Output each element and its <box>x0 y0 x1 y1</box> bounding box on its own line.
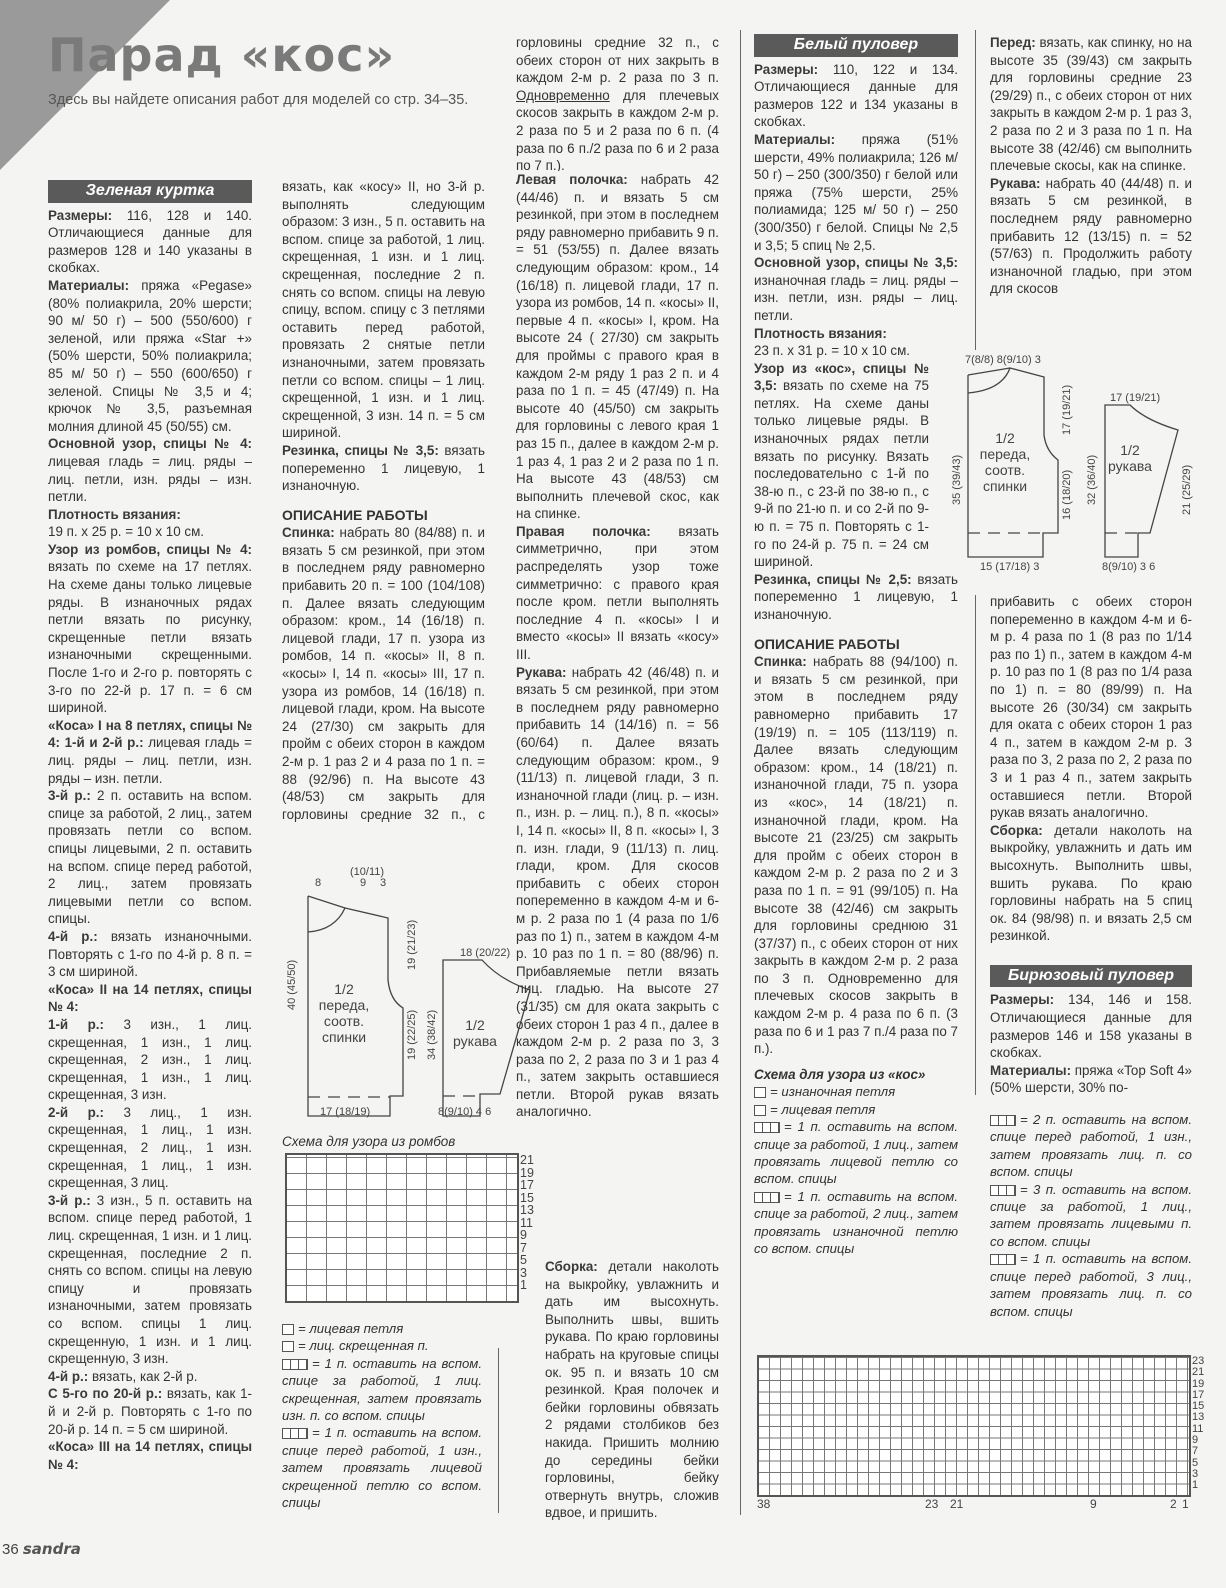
svg-text:17 (18/19): 17 (18/19) <box>320 1106 370 1118</box>
svg-text:рукава: рукава <box>453 1033 497 1049</box>
legend-text: = 1 п. оставить на вспом. спице перед ра… <box>282 1425 482 1510</box>
cable-3-left-icon <box>990 1115 1016 1126</box>
cable-4-left-icon <box>990 1254 1016 1265</box>
section-banner-white-pullover: Белый пуловер <box>754 34 958 57</box>
cable-2-right-icon <box>754 1122 780 1133</box>
svg-text:19 (21/23): 19 (21/23) <box>406 920 418 970</box>
label: Размеры: <box>990 992 1054 1007</box>
cable-chart-title: Схема для узора из «кос» <box>754 1066 958 1084</box>
svg-text:(10/11): (10/11) <box>350 866 384 878</box>
row-number: 21 <box>1192 1367 1204 1378</box>
svg-text:40 (45/50): 40 (45/50) <box>286 960 298 1010</box>
column-4: Белый пуловер Размеры: 110, 122 и 134. О… <box>754 34 958 1258</box>
label: Перед: <box>990 35 1036 50</box>
column-divider <box>740 30 741 1515</box>
label: Резинка, спицы № 2,5: <box>754 572 912 587</box>
label: Размеры: <box>754 62 818 77</box>
col-number: 23 <box>925 1497 938 1511</box>
legend-text: = изнаночная петля <box>770 1084 895 1099</box>
svg-text:16 (18/20): 16 (18/20) <box>1061 470 1073 520</box>
col-number: 38 <box>757 1497 770 1511</box>
label: Плотность вязания: <box>754 326 887 341</box>
green-jacket-schematic: (10/11) 893 1/2 переда, соотв. спинки 1/… <box>280 860 530 1120</box>
page-subtitle: Здесь вы найдете описания работ для моде… <box>48 92 468 108</box>
svg-text:8(9/10) 4 6: 8(9/10) 4 6 <box>438 1106 491 1118</box>
text: набрать 40 (44/48) п. и вязать 5 см рези… <box>990 176 1192 297</box>
label: 3-й р.: <box>48 1193 91 1208</box>
cable-chart-grid <box>757 1355 1191 1497</box>
cable-right-icon <box>282 1359 308 1370</box>
rhombus-legend: = лицевая петля = лиц. скрещенная п. = 1… <box>282 1320 482 1511</box>
text: вязать, как «косу» II, но 3-й р. выполня… <box>282 178 485 442</box>
legend-text: = 3 п. оставить на вспом. спице за работ… <box>990 1182 1192 1249</box>
label: Сборка: <box>545 1259 598 1274</box>
rhombus-chart-title: Схема для узора из ромбов <box>282 1134 455 1149</box>
row-number: 17 <box>520 1179 534 1192</box>
label: «Коса» III на 14 петлях, спицы № 4: <box>48 1439 252 1472</box>
label: Размеры: <box>48 208 112 223</box>
column-2: вязать, как «косу» II, но 3-й р. выполня… <box>282 178 485 824</box>
text: 23 п. х 31 р. = 10 х 10 см. <box>754 342 958 360</box>
row-number: 21 <box>520 1154 534 1167</box>
svg-text:15 (17/18) 3: 15 (17/18) 3 <box>980 561 1039 573</box>
text: детали наколоть на выкройку, увлажнить и… <box>545 1259 719 1520</box>
label: «Коса» II на 14 петлях, спицы № 4: <box>48 982 252 1015</box>
text: набрать 42 (44/46) п. и вязать 5 см рези… <box>516 172 719 521</box>
svg-text:1/2: 1/2 <box>465 1017 485 1033</box>
text: вязать по схеме на 75 петлях. На схеме д… <box>754 378 929 569</box>
text: пряжа «Pegase» (80% полиакрила, 20% шерс… <box>48 278 252 434</box>
svg-text:8: 8 <box>315 877 321 889</box>
page-title: Парад «кос» <box>48 28 395 82</box>
label: Основной узор, спицы № 3,5: <box>754 255 958 270</box>
legend-text: = лицевая петля <box>298 1321 403 1336</box>
label: Рукава: <box>990 176 1041 191</box>
svg-text:переда,: переда, <box>980 446 1030 462</box>
label: 1-й р.: <box>48 1017 104 1032</box>
cable-legend-continued: = 2 п. оставить на вспом. спице перед ра… <box>990 1111 1192 1320</box>
svg-text:34 (38/42): 34 (38/42) <box>426 1010 438 1060</box>
text: вязать по схеме на 17 петлях. На схеме д… <box>48 559 252 715</box>
legend-text: = 2 п. оставить на вспом. спице перед ра… <box>990 1112 1192 1179</box>
purl-stitch-icon <box>754 1087 766 1098</box>
text: 3 изн., 5 п. оставить на вспом. спице пе… <box>48 1193 252 1366</box>
row-number: 7 <box>1192 1446 1204 1457</box>
brand-logo: sandra <box>23 1540 81 1558</box>
svg-text:19 (22/25): 19 (22/25) <box>406 1010 418 1060</box>
svg-text:1/2: 1/2 <box>995 430 1015 446</box>
page-footer: 36 sandra <box>2 1540 81 1558</box>
svg-text:18 (20/22): 18 (20/22) <box>460 947 510 959</box>
col-number: 21 <box>950 1497 963 1511</box>
twisted-knit-icon <box>282 1341 294 1352</box>
row-number: 1 <box>520 1279 534 1292</box>
row-number: 9 <box>520 1229 534 1242</box>
section-heading: ОПИСАНИЕ РАБОТЫ <box>282 507 485 525</box>
text: набрать 88 (94/100) п. и вязать 5 см рез… <box>754 654 958 1056</box>
legend-text: = 1 п. оставить на вспом. спице перед ра… <box>990 1251 1192 1318</box>
row-number: 13 <box>520 1204 534 1217</box>
label: 2-й р.: <box>48 1105 104 1120</box>
svg-text:8(9/10) 3 6: 8(9/10) 3 6 <box>1102 561 1155 573</box>
label: Плотность вязания: <box>48 507 181 522</box>
column-3: горловины средние 32 п., с обеих сторон … <box>516 34 719 1121</box>
col-number: 9 <box>1090 1497 1097 1511</box>
svg-text:соотв.: соотв. <box>985 462 1025 478</box>
svg-text:соотв.: соотв. <box>324 1013 364 1029</box>
col-number: 2 <box>1170 1497 1177 1511</box>
cable-chart-row-numbers: 23 21 19 17 15 13 11 9 7 5 3 1 <box>1192 1356 1204 1492</box>
row-number: 5 <box>520 1254 534 1267</box>
svg-text:17 (19/21): 17 (19/21) <box>1061 385 1073 435</box>
svg-text:32 (36/40): 32 (36/40) <box>1086 455 1098 505</box>
svg-text:9: 9 <box>360 877 366 889</box>
svg-text:спинки: спинки <box>983 478 1027 494</box>
label: 4-й р.: <box>48 929 98 944</box>
svg-text:1/2: 1/2 <box>334 981 354 997</box>
legend-text: = 1 п. оставить на вспом. спице за работ… <box>754 1119 958 1186</box>
text: вязать симметрично, при этом распределят… <box>516 524 719 662</box>
column-divider <box>975 30 976 350</box>
svg-text:3: 3 <box>380 877 386 889</box>
cable-left-icon <box>282 1428 308 1439</box>
svg-text:35 (39/43): 35 (39/43) <box>951 455 963 505</box>
svg-text:рукава: рукава <box>1108 458 1152 474</box>
svg-text:1/2: 1/2 <box>1120 442 1140 458</box>
column-1: Зеленая куртка Размеры: 116, 128 и 140. … <box>48 180 252 1473</box>
label: Резинка, спицы № 3,5: <box>282 443 439 458</box>
text: 19 п. х 25 р. = 10 х 10 см. <box>48 523 252 541</box>
label: Сборка: <box>990 823 1043 838</box>
column-divider <box>498 1348 499 1513</box>
section-heading: ОПИСАНИЕ РАБОТЫ <box>754 636 958 654</box>
back-continuation: горловины средние 32 п., с обеих сторон … <box>516 34 719 171</box>
cable-legend: = изнаночная петля = лицевая петля = 1 п… <box>754 1083 958 1257</box>
label: 4-й р.: <box>48 1369 88 1384</box>
label: С 5-го по 20-й р.: <box>48 1386 162 1401</box>
text: 2 п. оставить на вспом. спице за работой… <box>48 788 252 926</box>
svg-text:17 (19/21): 17 (19/21) <box>1110 392 1160 404</box>
legend-text: = 1 п. оставить на вспом. спице за работ… <box>282 1356 482 1423</box>
column-3-assembly: Сборка: детали наколоть на выкройку, увл… <box>545 1258 719 1522</box>
col-number: 1 <box>1182 1497 1189 1511</box>
legend-text: = лицевая петля <box>770 1102 875 1117</box>
label: 3-й р.: <box>48 788 91 803</box>
svg-text:спинки: спинки <box>322 1029 366 1045</box>
legend-text: = 1 п. оставить на вспом. спице за работ… <box>754 1189 958 1256</box>
text: вязать, как спинку, но на высоте 35 (39/… <box>990 35 1192 173</box>
label: Материалы: <box>754 132 835 147</box>
text: детали наколоть на выкройку, увлажнить и… <box>990 823 1192 944</box>
knit-stitch-icon <box>754 1105 766 1116</box>
column-5-middle: прибавить с обеих сторон попеременно в к… <box>990 593 1192 1320</box>
label: Рукава: <box>516 665 567 680</box>
label: Правая полочка: <box>516 524 651 539</box>
cable-3-right-icon <box>754 1192 780 1203</box>
svg-text:21 (25/29): 21 (25/29) <box>1181 465 1193 515</box>
column-divider <box>975 595 976 1095</box>
text: набрать 42 (46/48) п. и вязать 5 см рези… <box>516 665 719 1120</box>
corner-decoration <box>0 0 170 170</box>
label: Материалы: <box>48 278 129 293</box>
cable-4-right-icon <box>990 1185 1016 1196</box>
legend-text: = лиц. скрещенная п. <box>298 1338 429 1353</box>
label: Спинка: <box>282 525 335 540</box>
section-banner-turquoise-pullover: Бирюзовый пуловер <box>990 965 1192 988</box>
knit-stitch-icon <box>282 1324 294 1335</box>
section-banner-green-jacket: Зеленая куртка <box>48 180 252 203</box>
svg-text:7(8/8) 8(9/10) 3: 7(8/8) 8(9/10) 3 <box>965 355 1041 366</box>
label: Спинка: <box>754 654 807 669</box>
text: прибавить с обеих сторон попеременно в к… <box>990 593 1192 822</box>
page-number: 36 <box>2 1541 19 1558</box>
text: пряжа (51% шерсти, 49% полиакрила; 126 м… <box>754 132 958 253</box>
text: изнаночная гладь = лиц. ряды – изн. петл… <box>754 273 958 323</box>
text: вязать, как 2-й р. <box>88 1369 197 1384</box>
row-number: 1 <box>1192 1480 1204 1491</box>
label: Узор из ромбов, спицы № 4: <box>48 542 252 557</box>
column-5-top: Перед: вязать, как спинку, но на высоте … <box>990 34 1192 298</box>
label: Левая полочка: <box>516 172 628 187</box>
text: набрать 80 (84/88) п. и вязать 5 см рези… <box>282 525 485 824</box>
white-pullover-schematic: 7(8/8) 8(9/10) 3 1/2 переда, соотв. спин… <box>950 355 1200 575</box>
text: лицевая гладь = лиц. ряды – лиц. петли, … <box>48 454 252 504</box>
label: Основной узор, спицы № 4: <box>48 436 252 451</box>
rhombus-chart-row-numbers: 21 19 17 15 13 11 9 7 5 3 1 <box>520 1154 534 1292</box>
svg-text:переда,: переда, <box>319 997 369 1013</box>
rhombus-chart-grid <box>285 1153 519 1303</box>
label: Материалы: <box>990 1063 1071 1078</box>
